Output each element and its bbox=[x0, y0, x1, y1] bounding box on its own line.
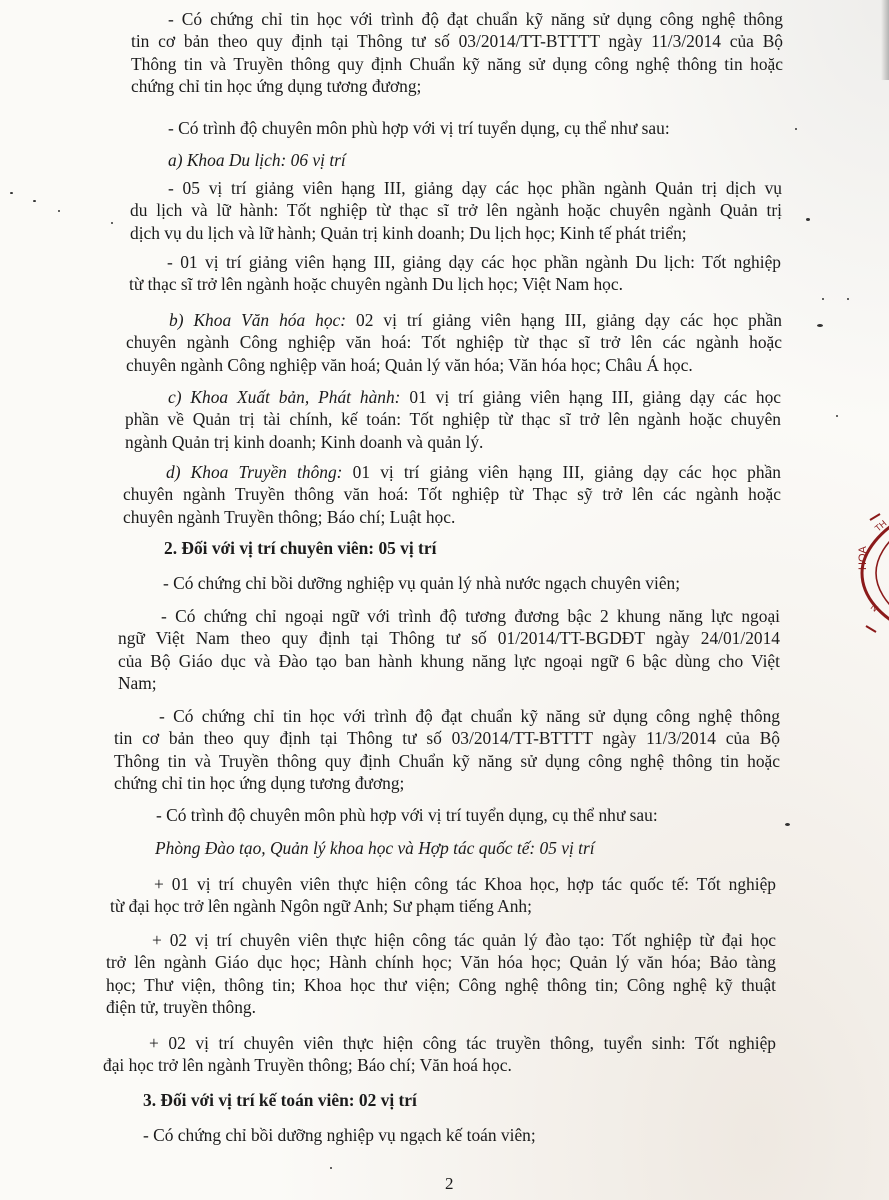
subheading-phong-dao-tao: Phòng Đào tạo, Quản lý khoa học và Hợp t… bbox=[155, 837, 595, 859]
paragraph-foreign-language: - Có chứng chỉ ngoại ngữ với trình độ tư… bbox=[118, 605, 780, 694]
paragraph-khoa-truyen-thong: d) Khoa Truyền thông: 01 vị trí giảng vi… bbox=[123, 461, 781, 528]
line: Thông tin và Truyền thông quy định Chuẩn… bbox=[131, 53, 783, 75]
paragraph-khoa-van-hoa-hoc: b) Khoa Văn hóa học: 02 vị trí giảng viê… bbox=[126, 309, 782, 376]
line: - Có chứng chỉ ngoại ngữ với trình độ tư… bbox=[118, 605, 780, 627]
line: + 01 vị trí chuyên viên thực hiện công t… bbox=[110, 873, 776, 895]
red-seal-stamp-icon: HOA TH N bbox=[852, 508, 889, 638]
svg-text:N: N bbox=[869, 602, 880, 614]
paragraph-ke-toan-certificate: - Có chứng chỉ bồi dưỡng nghiệp vụ ngạch… bbox=[143, 1124, 536, 1146]
line: từ đại học trở lên ngành Ngôn ngữ Anh; S… bbox=[110, 895, 776, 917]
scan-speck bbox=[330, 1167, 332, 1169]
paragraph-qualification-intro-2: - Có trình độ chuyên môn phù hợp với vị … bbox=[156, 804, 658, 826]
line: chuyên ngành Truyền thông văn hoá: Tốt n… bbox=[123, 483, 781, 505]
scan-speck bbox=[111, 222, 113, 224]
scan-speck bbox=[822, 298, 824, 300]
line: - Có chứng chỉ bồi dưỡng nghiệp vụ ngạch… bbox=[143, 1124, 536, 1146]
line: Thông tin và Truyền thông quy định Chuẩn… bbox=[114, 750, 780, 772]
line: dịch vụ du lịch và lữ hành; Quản trị kin… bbox=[130, 222, 782, 244]
line: học; Thư viện, thông tin; Khoa học thư v… bbox=[106, 974, 776, 996]
scan-speck bbox=[847, 298, 849, 300]
line: 3. Đối với vị trí kế toán viên: 02 vị tr… bbox=[143, 1089, 417, 1111]
subheading-khoa-van-hoa-hoc: b) Khoa Văn hóa học: bbox=[169, 310, 346, 330]
scan-speck bbox=[58, 210, 60, 212]
paragraph-qlnn-certificate: - Có chứng chỉ bồi dưỡng nghiệp vụ quản … bbox=[163, 572, 680, 594]
paragraph-du-lich-05: - 05 vị trí giảng viên hạng III, giảng d… bbox=[130, 177, 782, 244]
subheading-khoa-xuat-ban: c) Khoa Xuất bản, Phát hành: bbox=[168, 387, 400, 407]
line: phần về Quản trị tài chính, kế toán: Tốt… bbox=[125, 408, 781, 430]
line: đại học trở lên ngành Truyền thông; Báo … bbox=[103, 1054, 776, 1076]
line: chuyên ngành Công nghiệp văn hoá; Quản l… bbox=[126, 354, 782, 376]
line: chuyên ngành Công nghiệp văn hoá: Tốt ng… bbox=[126, 331, 782, 353]
line: điện tử, truyền thông. bbox=[106, 996, 776, 1018]
paragraph-it-certificate-1: - Có chứng chỉ tin học với trình độ đạt … bbox=[131, 8, 783, 97]
line: chuyên ngành Truyền thông; Báo chí; Luật… bbox=[123, 506, 781, 528]
scan-edge-shadow bbox=[881, 0, 889, 80]
section-heading-ke-toan: 3. Đối với vị trí kế toán viên: 02 vị tr… bbox=[143, 1089, 417, 1111]
paragraph-chuyen-vien-dao-tao: + 02 vị trí chuyên viên thực hiện công t… bbox=[106, 929, 776, 1018]
line: d) Khoa Truyền thông: 01 vị trí giảng vi… bbox=[123, 461, 781, 483]
subheading-khoa-truyen-thong: d) Khoa Truyền thông: bbox=[166, 462, 342, 482]
line: - 01 vị trí giảng viên hạng III, giảng d… bbox=[129, 251, 781, 273]
line: của Bộ Giáo dục và Đào tạo ban hành khun… bbox=[118, 650, 780, 672]
line: tin cơ bản theo quy định tại Thông tư số… bbox=[131, 30, 783, 52]
scan-speck bbox=[836, 415, 838, 417]
scan-speck bbox=[817, 324, 823, 327]
svg-text:HOA: HOA bbox=[857, 546, 869, 571]
line: Nam; bbox=[118, 672, 780, 694]
line: c) Khoa Xuất bản, Phát hành: 01 vị trí g… bbox=[125, 386, 781, 408]
line: + 02 vị trí chuyên viên thực hiện công t… bbox=[106, 929, 776, 951]
line: chứng chỉ tin học ứng dụng tương đương; bbox=[131, 75, 783, 97]
scan-speck bbox=[33, 200, 36, 202]
line: 2. Đối với vị trí chuyên viên: 05 vị trí bbox=[164, 537, 436, 559]
line: b) Khoa Văn hóa học: 02 vị trí giảng viê… bbox=[126, 309, 782, 331]
line: - Có chứng chỉ tin học với trình độ đạt … bbox=[114, 705, 780, 727]
scan-speck bbox=[785, 823, 790, 826]
line: ngữ Việt Nam theo quy định tại Thông tư … bbox=[118, 627, 780, 649]
line: a) Khoa Du lịch: 06 vị trí bbox=[168, 149, 346, 171]
scan-speck bbox=[795, 128, 797, 130]
section-heading-chuyen-vien: 2. Đối với vị trí chuyên viên: 05 vị trí bbox=[164, 537, 436, 559]
line: + 02 vị trí chuyên viên thực hiện công t… bbox=[103, 1032, 776, 1054]
line: trở lên ngành Giáo dục học; Hành chính h… bbox=[106, 951, 776, 973]
paragraph-du-lich-01: - 01 vị trí giảng viên hạng III, giảng d… bbox=[129, 251, 781, 296]
paragraph-it-certificate-2: - Có chứng chỉ tin học với trình độ đạt … bbox=[114, 705, 780, 794]
paragraph-chuyen-vien-khoa-hoc: + 01 vị trí chuyên viên thực hiện công t… bbox=[110, 873, 776, 918]
subheading-khoa-du-lich: a) Khoa Du lịch: 06 vị trí bbox=[168, 149, 346, 171]
line: - Có trình độ chuyên môn phù hợp với vị … bbox=[156, 804, 658, 826]
line: - Có chứng chỉ tin học với trình độ đạt … bbox=[131, 8, 783, 30]
scan-speck bbox=[806, 218, 810, 221]
line: - Có trình độ chuyên môn phù hợp với vị … bbox=[168, 117, 670, 139]
paragraph-khoa-xuat-ban: c) Khoa Xuất bản, Phát hành: 01 vị trí g… bbox=[125, 386, 781, 453]
line: tin cơ bản theo quy định tại Thông tư số… bbox=[114, 727, 780, 749]
line: chứng chỉ tin học ứng dụng tương đương; bbox=[114, 772, 780, 794]
line: du lịch và lữ hành: Tốt nghiệp từ thạc s… bbox=[130, 199, 782, 221]
line: Phòng Đào tạo, Quản lý khoa học và Hợp t… bbox=[155, 837, 595, 859]
line: từ thạc sĩ trở lên ngành hoặc chuyên ngà… bbox=[129, 273, 781, 295]
paragraph-qualification-intro-1: - Có trình độ chuyên môn phù hợp với vị … bbox=[168, 117, 670, 139]
line: ngành Quản trị kinh doanh; Kinh doanh và… bbox=[125, 431, 781, 453]
scan-speck bbox=[10, 192, 13, 194]
line: - 05 vị trí giảng viên hạng III, giảng d… bbox=[130, 177, 782, 199]
page-number: 2 bbox=[445, 1174, 454, 1194]
line: - Có chứng chỉ bồi dưỡng nghiệp vụ quản … bbox=[163, 572, 680, 594]
paragraph-chuyen-vien-truyen-thong: + 02 vị trí chuyên viên thực hiện công t… bbox=[103, 1032, 776, 1077]
